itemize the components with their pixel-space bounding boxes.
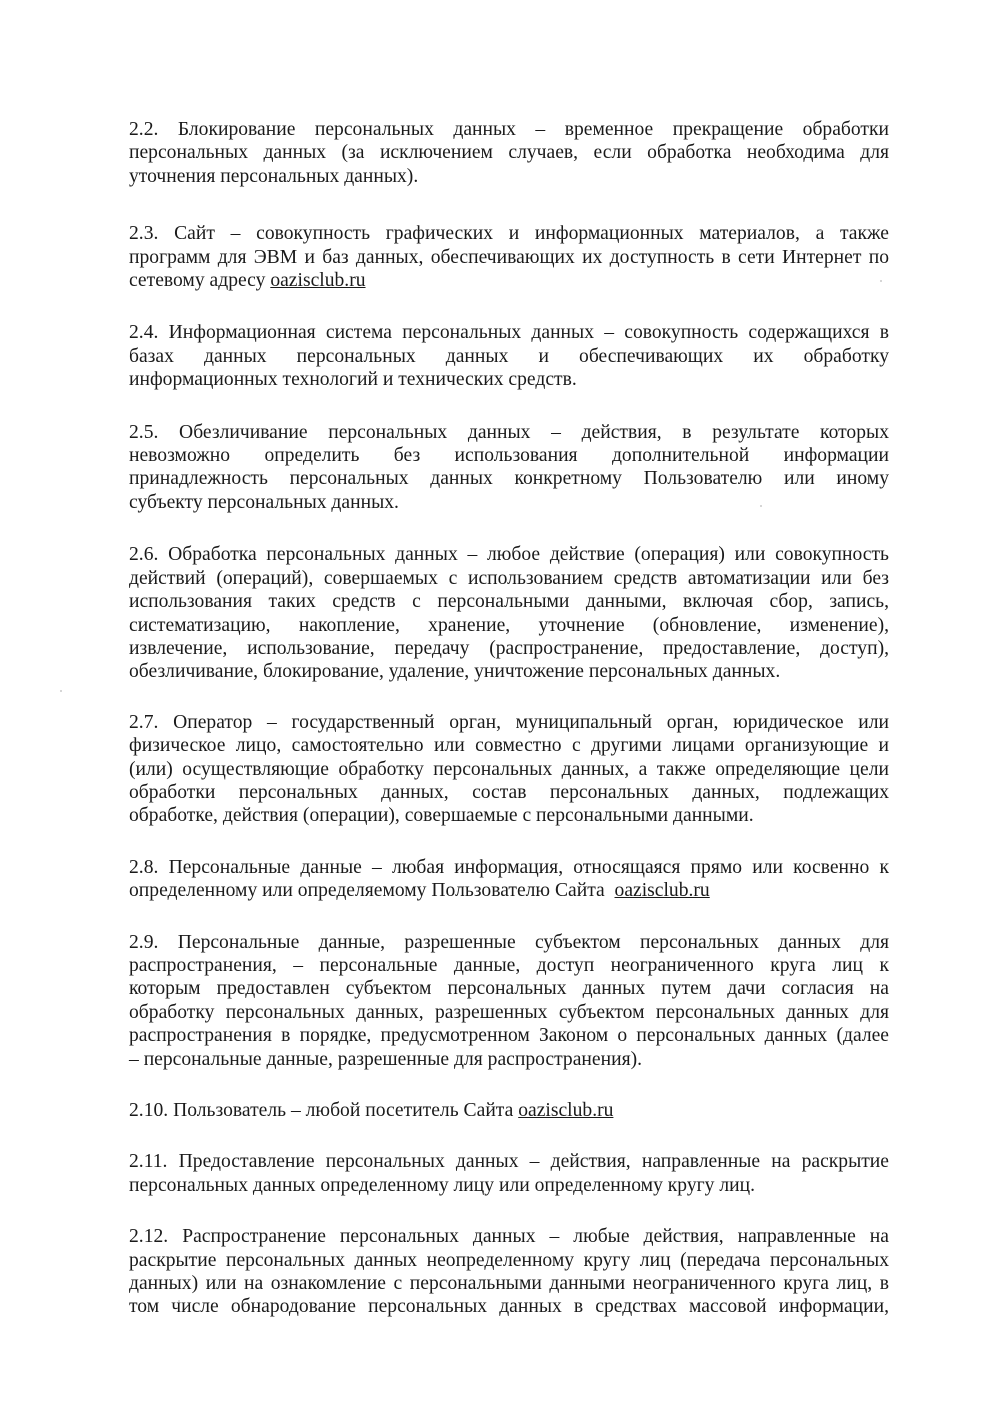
text-line: персональных данных (за исключением случ… (129, 141, 889, 164)
paragraph-gap (129, 903, 889, 931)
text-line: 2.3. Сайт – совокупность графических и и… (129, 222, 889, 245)
section-2-2: 2.2. Блокирование персональных данных – … (129, 118, 889, 188)
text-line: обработке, действия (операции), совершае… (129, 804, 889, 827)
text-line: извлечение, использование, передачу (рас… (129, 637, 889, 660)
text-line: информационных технологий и технических … (129, 368, 889, 391)
scan-speck (820, 230, 822, 232)
text-line: – персональные данные, разрешенные для р… (129, 1048, 889, 1071)
paragraph-gap (129, 392, 889, 421)
scan-speck (60, 690, 62, 692)
section-2-9: 2.9. Персональные данные, разрешенные су… (129, 931, 889, 1071)
text-line: 2.7. Оператор – государственный орган, м… (129, 711, 889, 734)
text-line: субъекту персональных данных. (129, 491, 889, 514)
text-line: определенному или определяемому Пользова… (129, 879, 889, 902)
text-line: обработки персональных данных, состав пе… (129, 781, 889, 804)
text-fragment: 2.10. Пользователь – любой посетитель Са… (129, 1100, 518, 1121)
text-line: раскрытие персональных данных неопределе… (129, 1249, 889, 1272)
section-2-10: 2.10. Пользователь – любой посетитель Са… (129, 1099, 889, 1122)
text-line: 2.10. Пользователь – любой посетитель Са… (129, 1099, 889, 1122)
scan-speck (178, 1300, 180, 1302)
text-line: распространения, – персональные данные, … (129, 954, 889, 977)
section-2-8: 2.8. Персональные данные – любая информа… (129, 856, 889, 903)
text-line: уточнения персональных данных). (129, 165, 889, 188)
site-link[interactable]: oazisclub.ru (615, 880, 710, 901)
text-line: сетевому адресу oazisclub.ru (129, 269, 889, 292)
text-fragment: определенному или определяемому Пользова… (129, 880, 615, 901)
text-line: обработку персональных данных, разрешенн… (129, 1001, 889, 1024)
text-line: персональных данных определенному лицу и… (129, 1174, 889, 1197)
scan-speck (880, 280, 882, 282)
section-2-6: 2.6. Обработка персональных данных – люб… (129, 543, 889, 683)
section-2-11: 2.11. Предоставление персональных данных… (129, 1150, 889, 1197)
paragraph-gap (129, 684, 889, 711)
text-line: базах данных персональных данных и обесп… (129, 345, 889, 368)
text-line: 2.8. Персональные данные – любая информа… (129, 856, 889, 879)
text-line: которым предоставлен субъектом персональ… (129, 977, 889, 1000)
document-page: 2.2. Блокирование персональных данных – … (129, 118, 889, 1319)
section-2-3: 2.3. Сайт – совокупность графических и и… (129, 222, 889, 292)
section-2-12: 2.12. Распространение персональных данны… (129, 1225, 889, 1319)
text-line: физическое лицо, самостоятельно или совм… (129, 734, 889, 757)
section-2-5: 2.5. Обезличивание персональных данных –… (129, 421, 889, 515)
text-line: использования таких средств с персональн… (129, 590, 889, 613)
text-line: обезличивание, блокирование, удаление, у… (129, 660, 889, 683)
text-line: программ для ЭВМ и баз данных, обеспечив… (129, 246, 889, 269)
paragraph-gap (129, 514, 889, 543)
text-line: распространения в порядке, предусмотренн… (129, 1024, 889, 1047)
paragraph-gap (129, 1197, 889, 1225)
text-line: 2.5. Обезличивание персональных данных –… (129, 421, 889, 444)
text-line: принадлежность персональных данных конкр… (129, 467, 889, 490)
text-line: невозможно определить без использования … (129, 444, 889, 467)
text-line: 2.6. Обработка персональных данных – люб… (129, 543, 889, 566)
text-line: данных) или на ознакомление с персональн… (129, 1272, 889, 1295)
paragraph-gap (129, 1122, 889, 1150)
text-line: 2.4. Информационная система персональных… (129, 321, 889, 344)
site-link[interactable]: oazisclub.ru (270, 270, 365, 291)
paragraph-gap (129, 828, 889, 856)
text-fragment: сетевому адресу (129, 270, 270, 291)
text-line: (или) осуществляющие обработку персональ… (129, 758, 889, 781)
paragraph-gap (129, 292, 889, 321)
section-2-7: 2.7. Оператор – государственный орган, м… (129, 711, 889, 828)
text-line: систематизацию, накопление, хранение, ут… (129, 614, 889, 637)
text-line: 2.12. Распространение персональных данны… (129, 1225, 889, 1248)
text-line: 2.2. Блокирование персональных данных – … (129, 118, 889, 141)
scan-speck (760, 505, 762, 507)
section-2-4: 2.4. Информационная система персональных… (129, 321, 889, 391)
paragraph-gap (129, 188, 889, 222)
paragraph-gap (129, 1071, 889, 1099)
text-line: том числе обнародование персональных дан… (129, 1295, 889, 1318)
text-line: 2.11. Предоставление персональных данных… (129, 1150, 889, 1173)
text-line: действий (операций), совершаемых с испол… (129, 567, 889, 590)
text-line: 2.9. Персональные данные, разрешенные су… (129, 931, 889, 954)
site-link[interactable]: oazisclub.ru (518, 1100, 613, 1121)
